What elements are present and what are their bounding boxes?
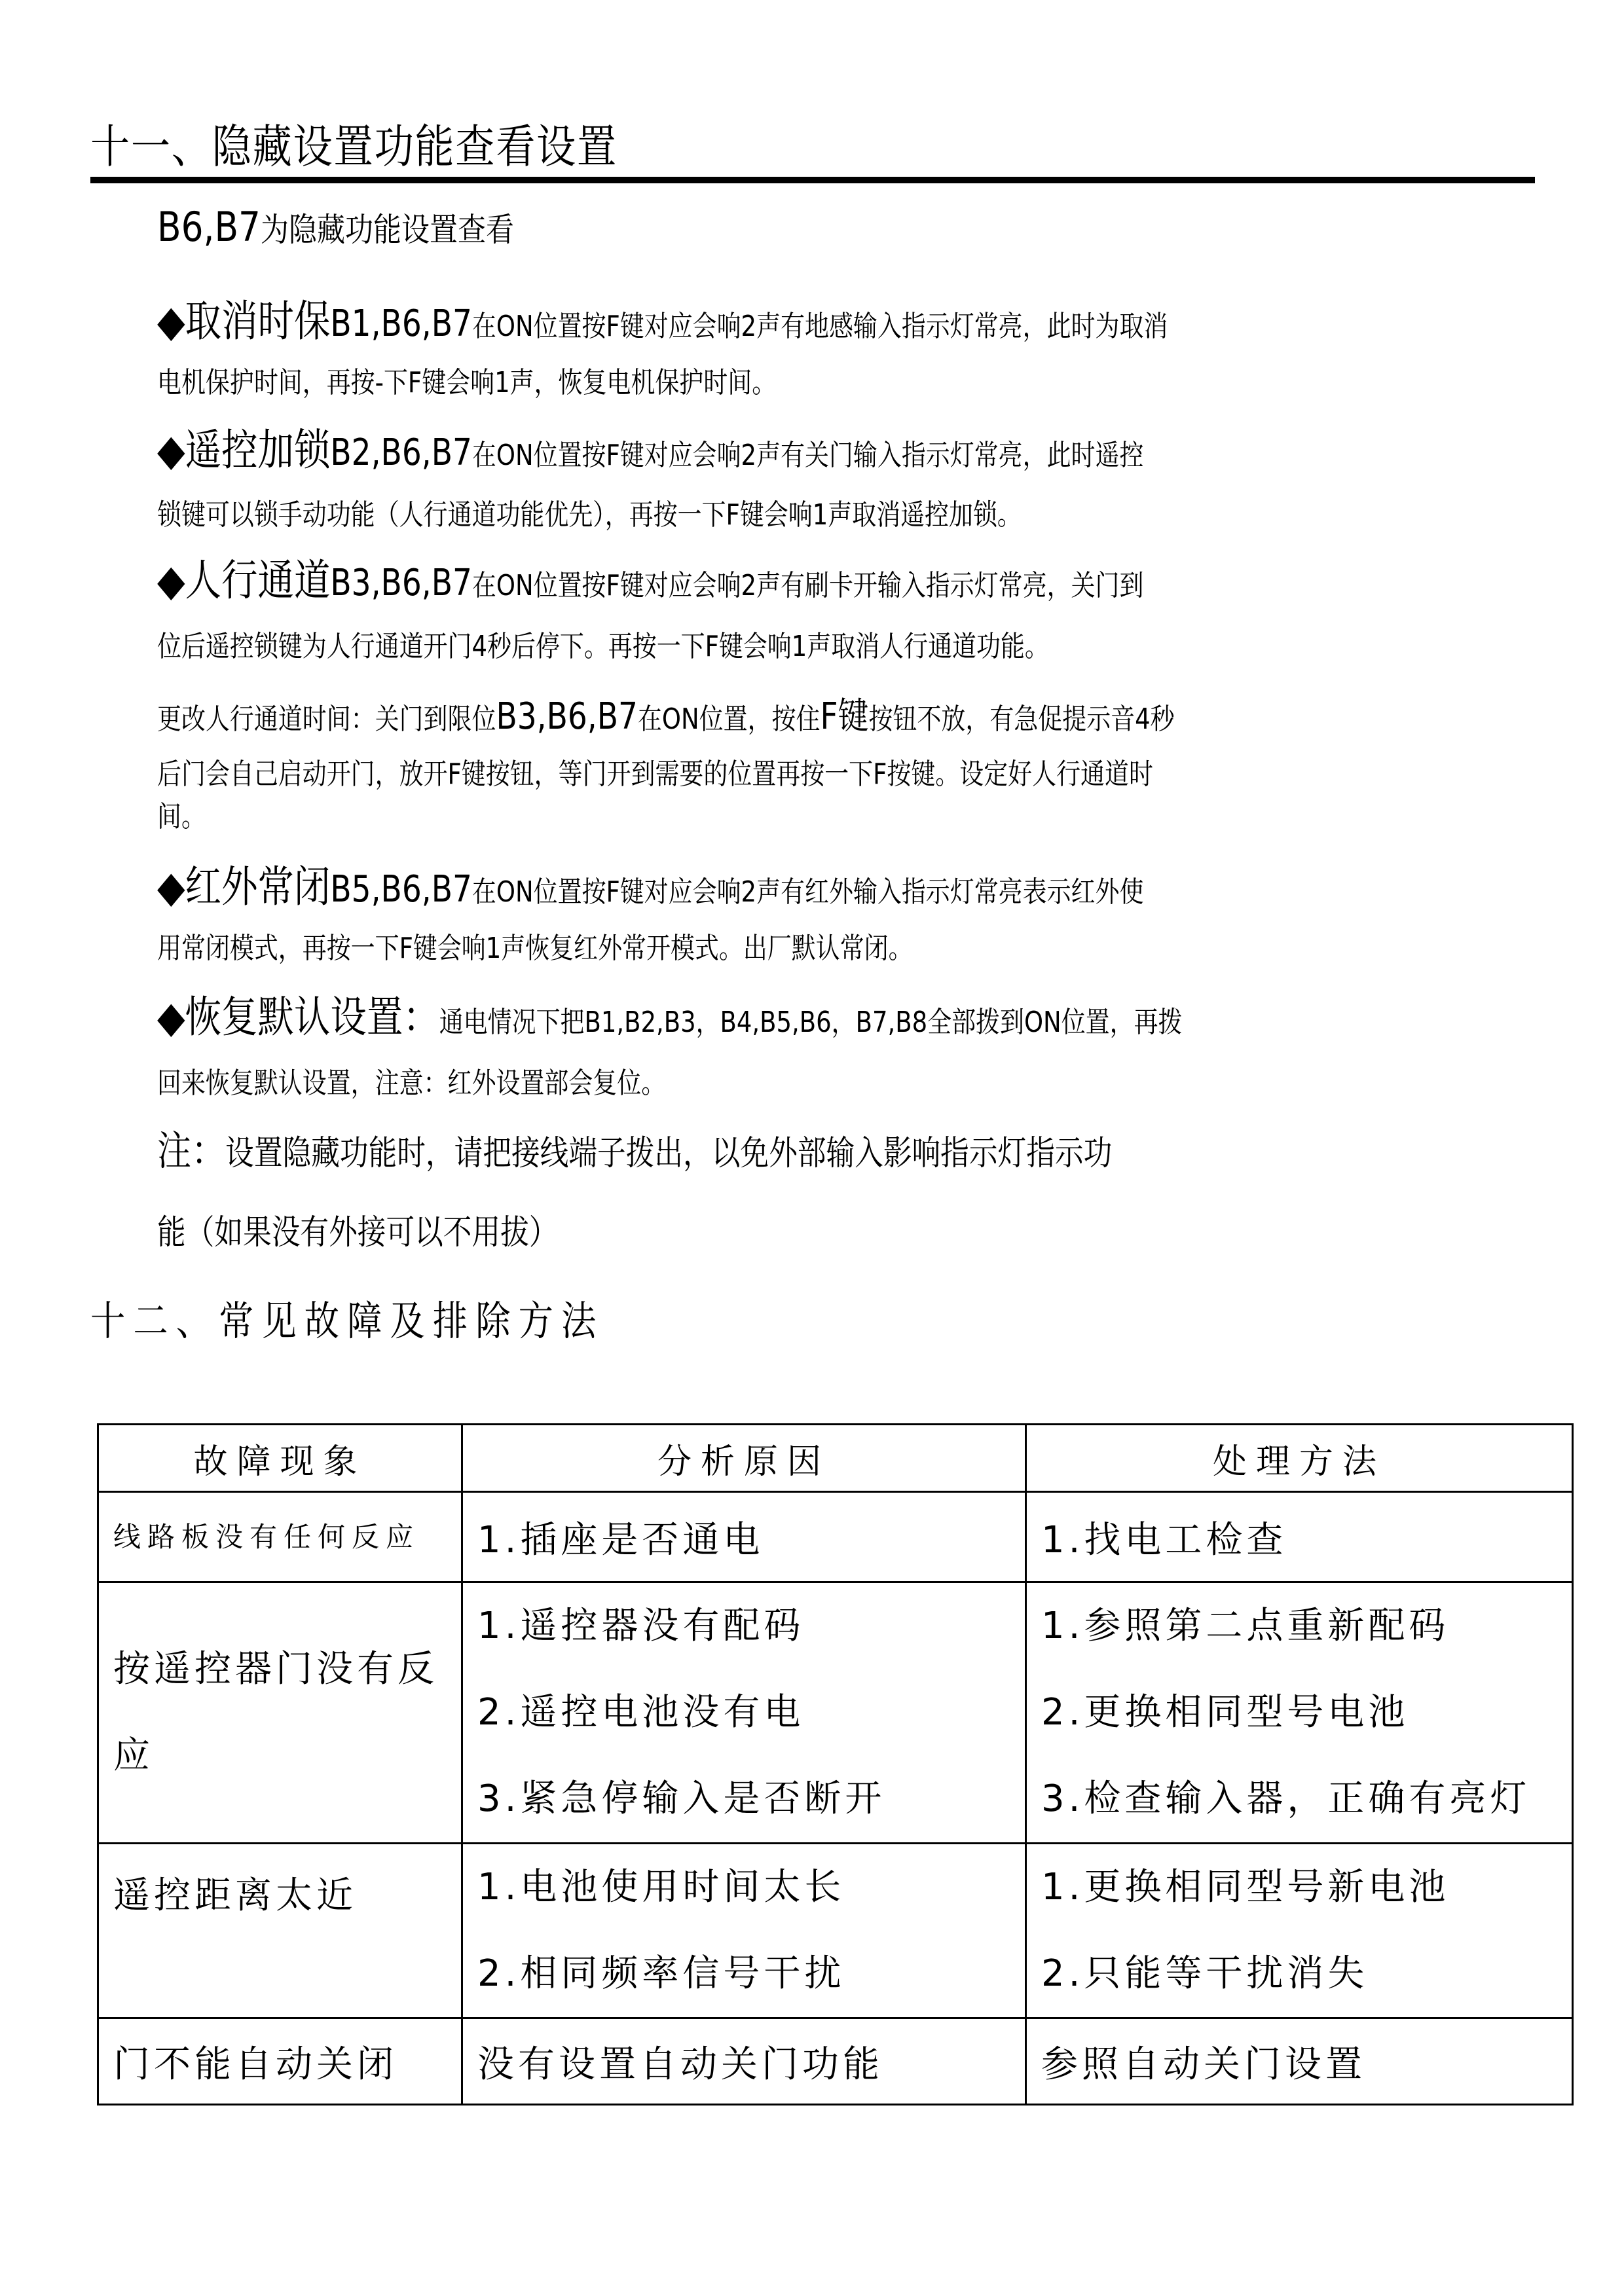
item-lead: ◆取消时保 — [157, 296, 330, 346]
symptom-cell: 遥控距离太近 — [98, 1844, 462, 2018]
symptom-cell: 按遥控器门没有反应 — [98, 1582, 462, 1844]
item-switches: B3,B6,B7 — [330, 562, 472, 604]
cause-item: 2.相同频率信号干扰 — [477, 1931, 1010, 2017]
cause-item: 2.遥控电池没有电 — [477, 1669, 1010, 1756]
cause-cell: 1.插座是否通电 — [462, 1492, 1026, 1582]
item-text: 在ON位置按F键对应会响2声有关门输入指示灯常亮，此时遥控 — [472, 439, 1144, 472]
solution-item: 1.参照第二点重新配码 — [1041, 1583, 1557, 1669]
table-row: 按遥控器门没有反应 1.遥控器没有配码 2.遥控电池没有电 3.紧急停输入是否断… — [98, 1582, 1573, 1844]
heading-rule-divider — [90, 177, 1535, 183]
item-reset-line2: 回来恢复默认设置，注意：红外设置部会复位。 — [157, 1059, 665, 1101]
cause-item: 3.紧急停输入是否断开 — [477, 1756, 1010, 1842]
item-lead: ◆遥控加锁 — [157, 425, 330, 475]
solution-item: 1.更换相同型号新电池 — [1041, 1844, 1557, 1931]
cause-item: 1.遥控器没有配码 — [477, 1583, 1010, 1669]
section-12-title: 十二、常见故障及排除方法 — [90, 1288, 604, 1347]
item-text: 在ON位置按F键对应会响2声有刷卡开输入指示灯常亮，关门到 — [472, 569, 1144, 602]
header-symptom: 故障现象 — [98, 1425, 462, 1492]
item-lead: ◆人行通道 — [157, 555, 330, 606]
solution-cell: 参照自动关门设置 — [1026, 2018, 1573, 2105]
cause-cell: 1.电池使用时间太长 2.相同频率信号干扰 — [462, 1844, 1026, 2018]
item-text: 在ON位置按F键对应会响2声有红外输入指示灯常亮表示红外使 — [472, 875, 1144, 909]
note-label: 注： — [157, 1127, 225, 1175]
solution-item: 2.只能等干扰消失 — [1041, 1931, 1557, 2017]
solution-item: 2.更换相同型号电池 — [1041, 1669, 1557, 1756]
item-lead: ◆红外常闭 — [157, 862, 330, 912]
item-pedestrian-line1: ◆人行通道B3,B6,B7在ON位置按F键对应会响2声有刷卡开输入指示灯常亮，关… — [157, 545, 1143, 608]
table-row: 遥控距离太近 1.电池使用时间太长 2.相同频率信号干扰 1.更换相同型号新电池… — [98, 1844, 1573, 2018]
item-switches: B1,B6,B7 — [330, 302, 472, 345]
change-time-rest: 按钮不放，有急促提示音4秒 — [869, 702, 1175, 736]
table-header-row: 故障现象 分析原因 处理方法 — [98, 1425, 1573, 1492]
header-cause: 分析原因 — [462, 1425, 1026, 1492]
header-solution: 处理方法 — [1026, 1425, 1573, 1492]
symptom-cell: 线路板没有任何反应 — [98, 1492, 462, 1582]
solution-item: 3.检查输入器，正确有亮灯 — [1041, 1756, 1557, 1842]
item-infrared-line2: 用常闭模式，再按一下F键会响1声恢复红外常开模式。出厂默认常闭。 — [157, 924, 913, 966]
change-time-switches: B3,B6,B7 — [496, 695, 638, 738]
change-time-line2: 后门会自己启动开门，放开F键按钮，等门开到需要的位置再按一下F按键。设定好人行通… — [157, 750, 1153, 792]
change-time-line1: 更改人行通道时间：关门到限位B3,B6,B7在ON位置，按住F键按钮不放，有急促… — [157, 687, 1175, 740]
item-pedestrian-line2: 位后遥控锁键为人行通道开门4秒后停下。再按一下F键会响1声取消人行通道功能。 — [157, 623, 1049, 665]
item-reset-line1: ◆恢复默认设置：通电情况下把B1,B2,B3，B4,B5,B6，B7,B8全部拨… — [157, 982, 1182, 1044]
item-remote-lock-line1: ◆遥控加锁B2,B6,B7在ON位置按F键对应会响2声有关门输入指示灯常亮，此时… — [157, 415, 1143, 477]
intro-text: 为隐藏功能设置查看 — [261, 211, 514, 249]
cause-item: 1.电池使用时间太长 — [477, 1844, 1010, 1931]
item-remote-lock-line2: 锁键可以锁手动功能（人行通道功能优先），再按一下F键会响1声取消遥控加锁。 — [157, 491, 1022, 533]
item-text: 在ON位置按F键对应会响2声有地感输入指示灯常亮，此时为取消 — [472, 310, 1168, 343]
item-switches: B5,B6,B7 — [330, 868, 472, 911]
item-lead: ◆恢复默认设置： — [157, 992, 439, 1042]
solution-cell: 1.更换相同型号新电池 2.只能等干扰消失 — [1026, 1844, 1573, 2018]
cause-cell: 没有设置自动关门功能 — [462, 2018, 1026, 2105]
solution-cell: 1.参照第二点重新配码 2.更换相同型号电池 3.检查输入器，正确有亮灯 — [1026, 1582, 1573, 1844]
change-time-key: F键 — [820, 695, 868, 738]
change-time-prefix: 更改人行通道时间：关门到限位 — [157, 702, 496, 736]
symptom-cell: 门不能自动关闭 — [98, 2018, 462, 2105]
note-line2: 能（如果没有外接可以不用拔） — [157, 1205, 558, 1254]
item-cancel-protection-line2: 电机保护时间，再按-下F键会响1声，恢复电机保护时间。 — [157, 359, 776, 401]
table-row: 线路板没有任何反应 1.插座是否通电 1.找电工检查 — [98, 1492, 1573, 1582]
section-11-title: 十一、隐藏设置功能查看设置 — [90, 110, 618, 176]
table-row: 门不能自动关闭 没有设置自动关门功能 参照自动关门设置 — [98, 2018, 1573, 2105]
cause-cell: 1.遥控器没有配码 2.遥控电池没有电 3.紧急停输入是否断开 — [462, 1582, 1026, 1844]
solution-cell: 1.找电工检查 — [1026, 1492, 1573, 1582]
item-cancel-protection-line1: ◆取消时保B1,B6,B7在ON位置按F键对应会响2声有地感输入指示灯常亮，此时… — [157, 286, 1168, 348]
item-text: 通电情况下把B1,B2,B3，B4,B5,B6，B7,B8全部拨到ON位置，再拨 — [439, 1006, 1183, 1039]
fault-table: 故障现象 分析原因 处理方法 线路板没有任何反应 1.插座是否通电 1.找电工检… — [97, 1423, 1574, 2105]
change-time-line3: 间。 — [157, 793, 206, 835]
item-switches: B2,B6,B7 — [330, 431, 472, 474]
note-line1: 注：设置隐藏功能时，请把接线端子拨出，以免外部输入影响指示灯指示功 — [157, 1118, 1112, 1176]
note-text: 设置隐藏功能时，请把接线端子拨出，以免外部输入影响指示灯指示功 — [225, 1134, 1112, 1173]
intro-switches: B6,B7 — [157, 203, 261, 251]
change-time-mid: 在ON位置，按住 — [638, 702, 820, 736]
item-infrared-line1: ◆红外常闭B5,B6,B7在ON位置按F键对应会响2声有红外输入指示灯常亮表示红… — [157, 852, 1143, 914]
section-11-intro: B6,B7为隐藏功能设置查看 — [157, 203, 514, 251]
